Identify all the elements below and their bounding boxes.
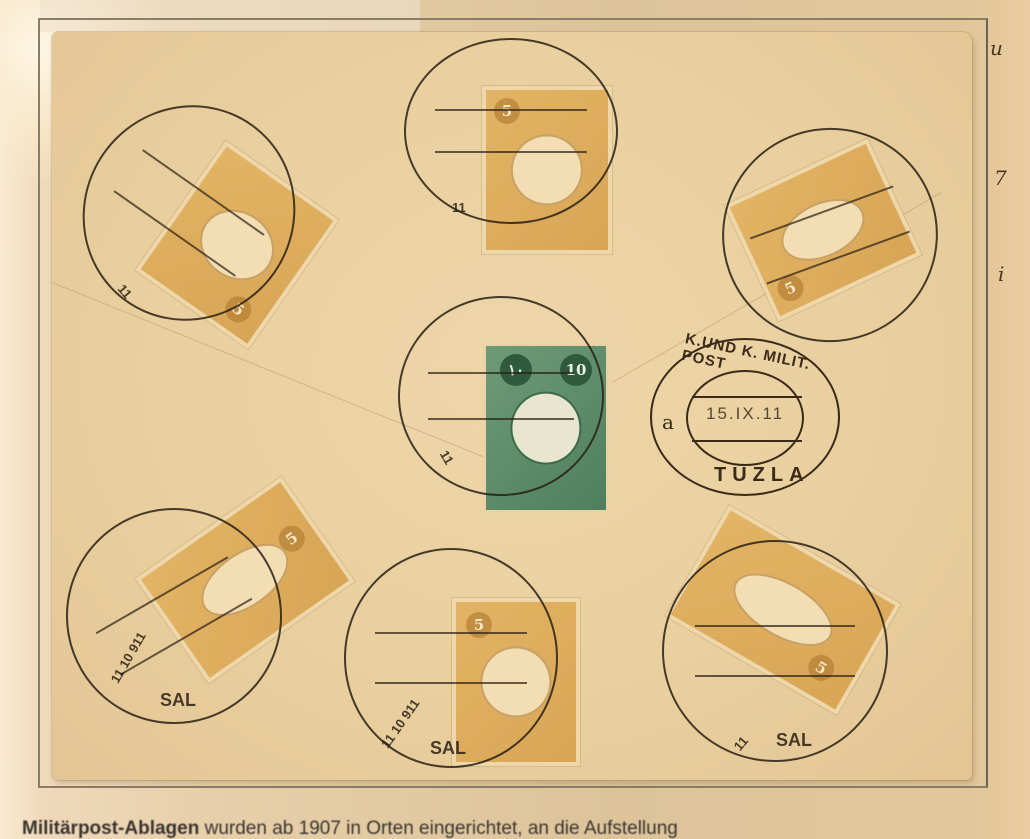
postmark-bar (692, 396, 802, 398)
light-glow (0, 100, 40, 839)
military-postmark: K.UND K. MILIT. POST 15.IX.11 a TUZLA (650, 338, 840, 496)
postmark-date: 11 (452, 200, 466, 215)
postmark-center (398, 296, 604, 496)
caption-bold: Militärpost-Ablagen (22, 818, 199, 839)
postmark-letter: a (662, 410, 674, 434)
postmark-town: SAL (776, 730, 812, 751)
postmark-town: SAL (160, 690, 196, 711)
caption-text: wurden ab 1907 in Orten eingerichtet, an… (199, 818, 678, 839)
margin-note: i (998, 262, 1004, 286)
postmark-bar (692, 440, 802, 442)
margin-note: u (990, 36, 1003, 60)
postmark-date: 15.IX.11 (706, 404, 784, 424)
postmark-bottom-center (344, 548, 558, 768)
exhibit-caption: Militärpost-Ablagen wurden ab 1907 in Or… (22, 818, 678, 839)
margin-note: 7 (994, 166, 1007, 190)
postmark-top-center (404, 38, 618, 224)
postmark-town: SAL (430, 738, 466, 759)
postmark-town: TUZLA (714, 464, 810, 487)
adjacent-sheet (990, 0, 1030, 839)
postmark-bottom-right (662, 540, 888, 762)
